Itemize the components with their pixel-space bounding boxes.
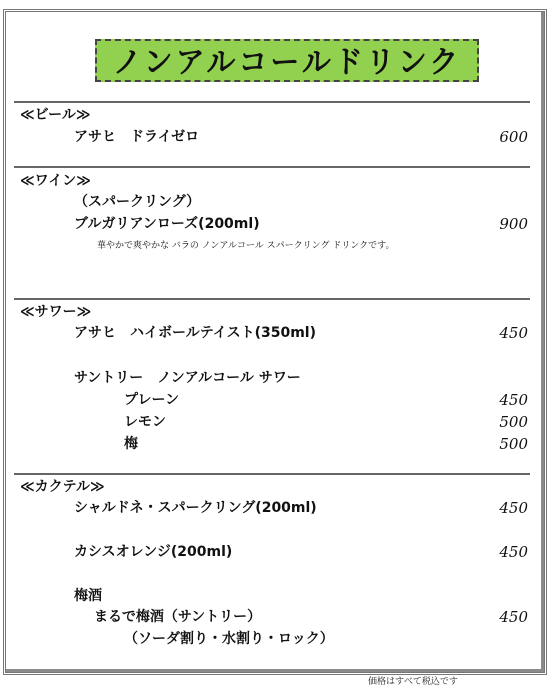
menu-item-price: 450	[499, 608, 528, 626]
menu-item-price: 500	[499, 413, 528, 431]
frame-shadow-bottom	[6, 669, 544, 672]
menu-item-name: プレーン	[124, 391, 179, 409]
menu-item-group: 梅酒	[74, 587, 102, 605]
section-divider	[14, 473, 530, 475]
menu-item-price: 450	[499, 499, 528, 517]
section-header-sour: ≪サワー≫	[20, 303, 91, 321]
title-banner: ノンアルコールドリンク	[95, 39, 479, 82]
menu-item-price: 450	[499, 324, 528, 342]
menu-item-price: 450	[499, 391, 528, 409]
menu-item-name: シャルドネ・スパークリング(200ml)	[74, 499, 317, 517]
menu-item-price: 600	[499, 128, 528, 146]
menu-item-name: ブルガリアンローズ(200ml)	[74, 215, 260, 233]
section-divider	[14, 101, 530, 103]
menu-item-name: 梅	[124, 435, 138, 453]
menu-item-price: 450	[499, 543, 528, 561]
page-title: ノンアルコールドリンク	[113, 39, 462, 82]
menu-item-price: 900	[499, 215, 528, 233]
menu-item-description: 華やかで爽やかな バラの ノンアルコール スパークリング ドリンクです。	[97, 238, 394, 251]
section-divider	[14, 298, 530, 300]
section-divider	[14, 166, 530, 168]
section-header-wine: ≪ワイン≫	[20, 172, 91, 190]
menu-item-note: （ソーダ割り・水割り・ロック）	[124, 630, 334, 648]
menu-item-group: サントリー ノンアルコール サワー	[74, 369, 301, 387]
section-header-beer: ≪ビール≫	[20, 106, 90, 124]
menu-item-name: レモン	[124, 413, 166, 431]
menu-item-price: 500	[499, 435, 528, 453]
tax-note: 価格はすべて税込です	[368, 674, 458, 687]
frame-shadow-right	[541, 12, 544, 672]
menu-item-name: まるで梅酒（サントリー）	[94, 608, 261, 626]
menu-item-name: アサヒ ドライゼロ	[74, 128, 199, 146]
menu-item-name: アサヒ ハイボールテイスト(350ml)	[74, 324, 316, 342]
section-header-cocktail: ≪カクテル≫	[20, 478, 105, 496]
menu-item-name: カシスオレンジ(200ml)	[74, 543, 232, 561]
menu-item-name: （スパークリング）	[74, 193, 200, 211]
